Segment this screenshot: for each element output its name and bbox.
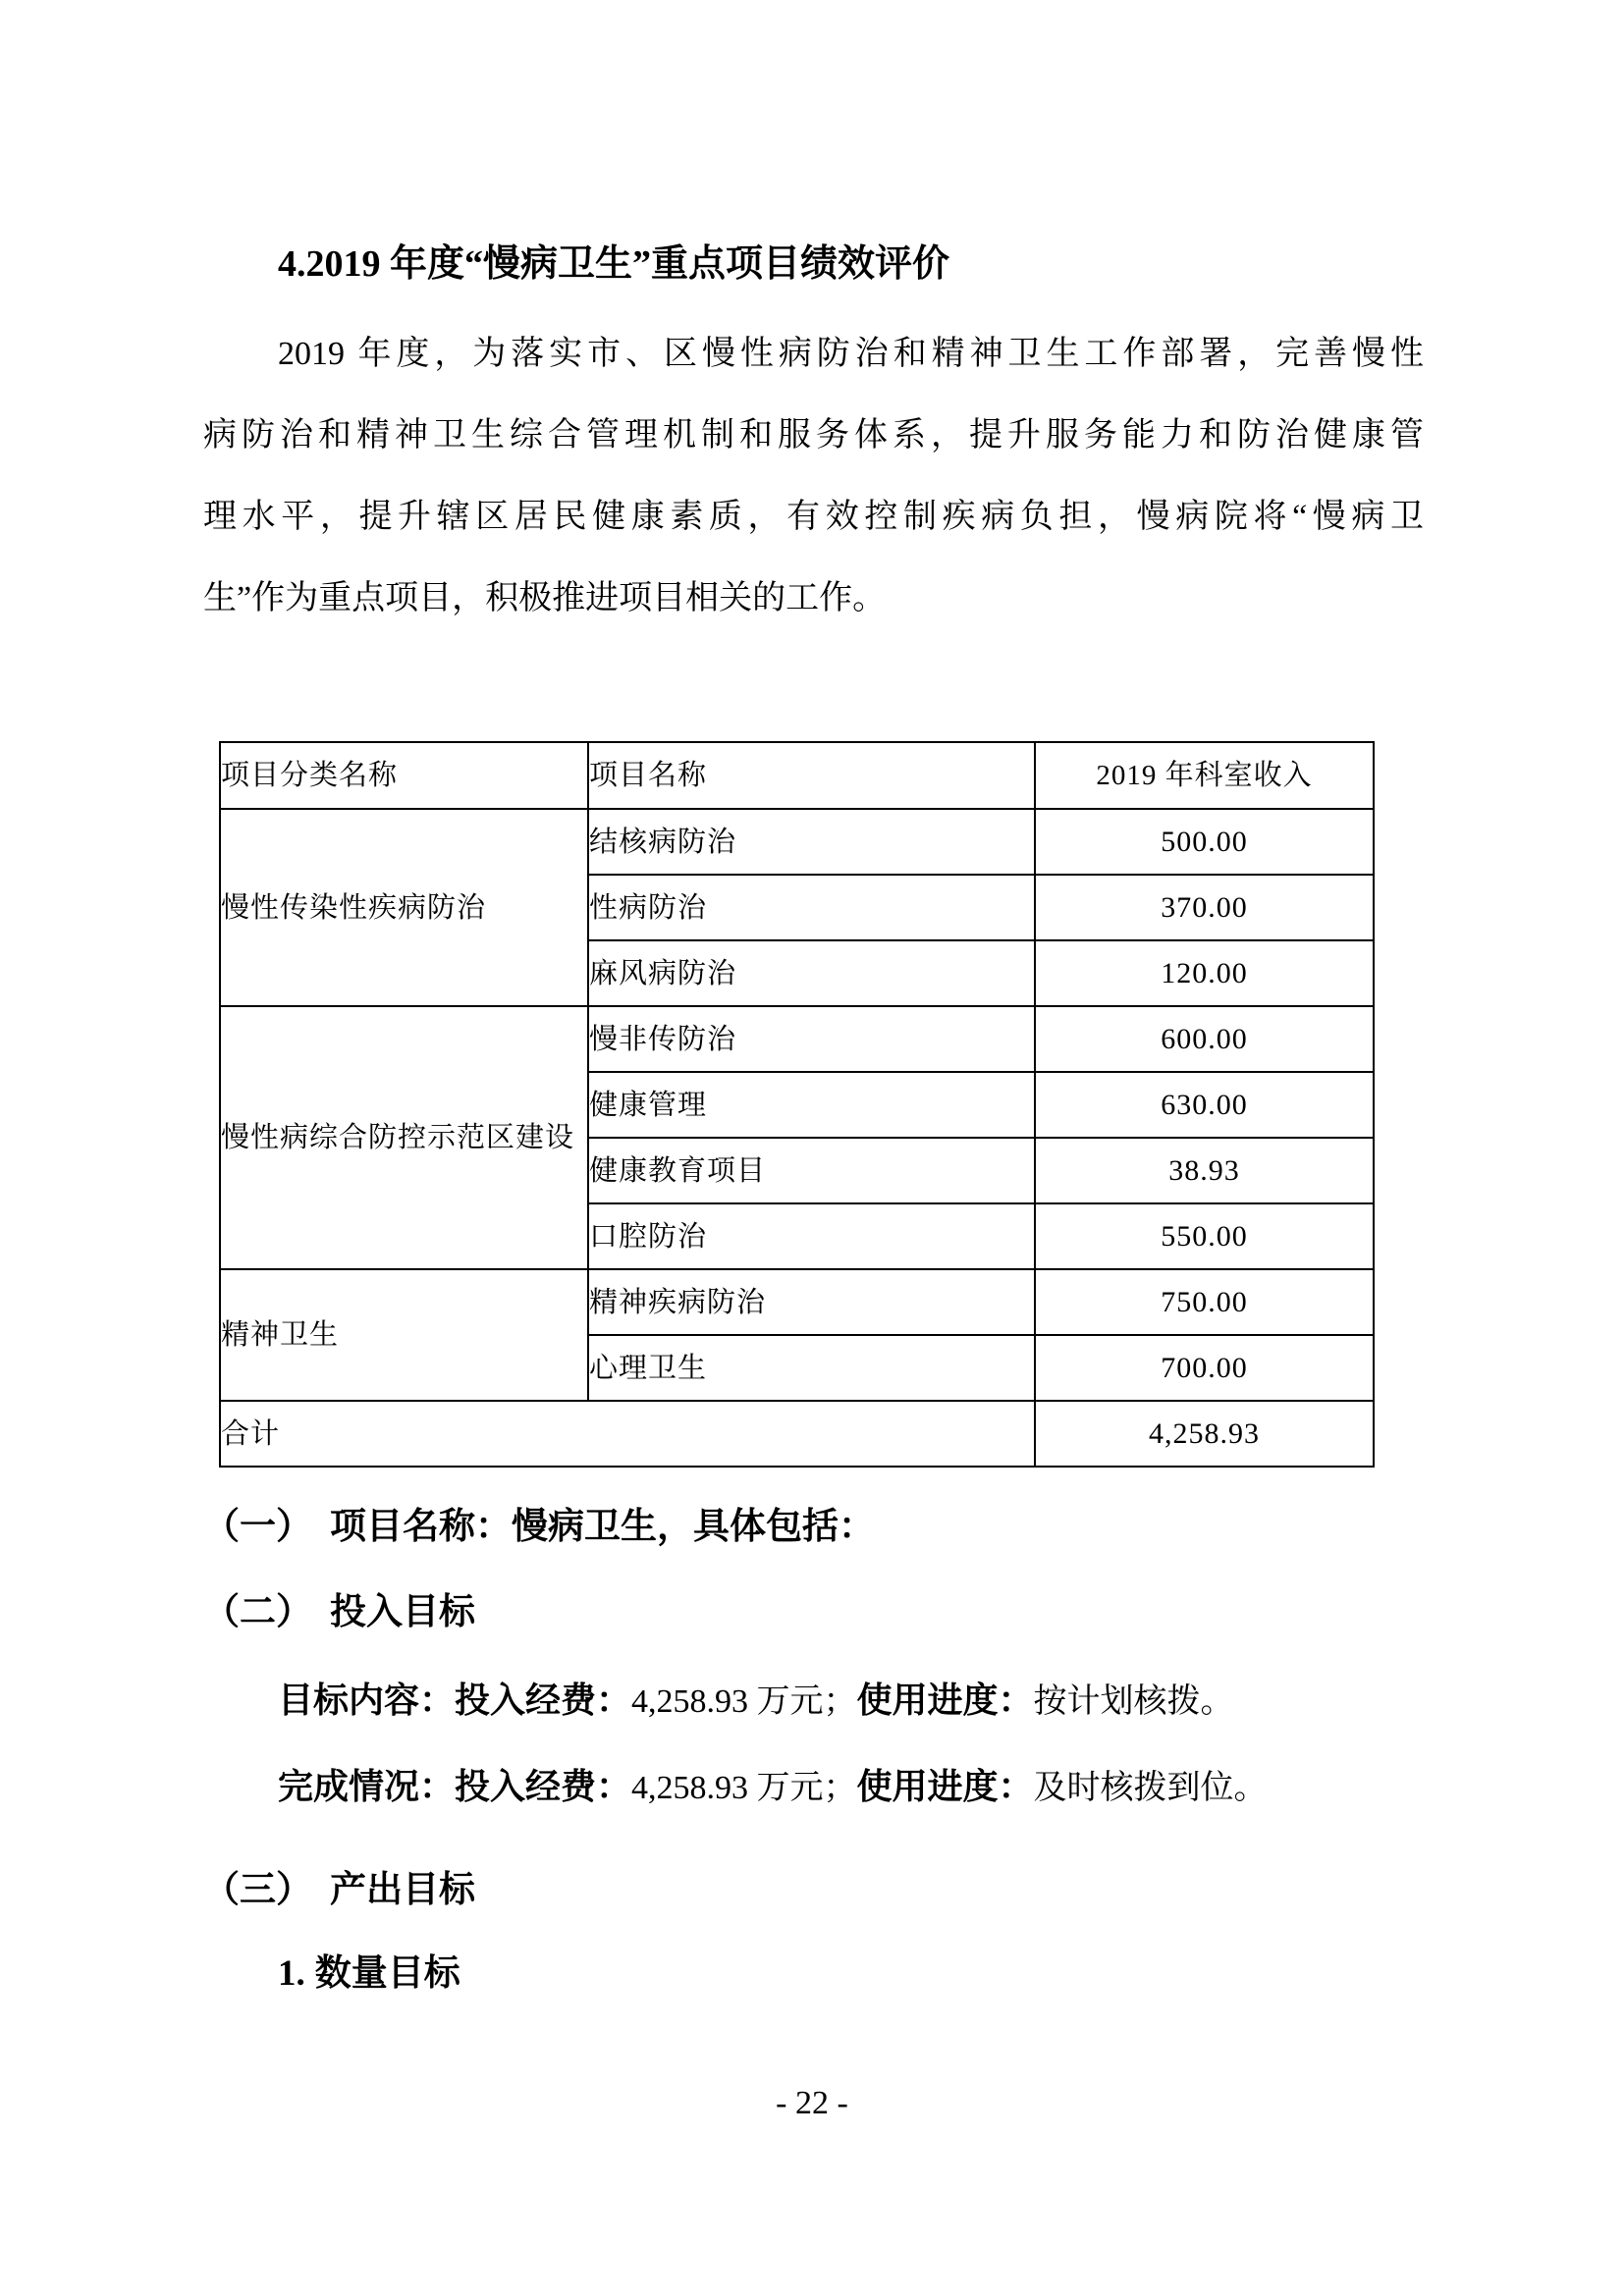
category-cell: 慢性病综合防控示范区建设 [220, 1006, 588, 1269]
section-title: 项目名称：慢病卫生，具体包括： [330, 1507, 875, 1547]
col-header-project: 项目名称 [588, 742, 1035, 809]
section-number: （三） [203, 1870, 312, 1910]
section-number: （一） [203, 1507, 312, 1547]
value-cell: 370.00 [1035, 875, 1374, 940]
fund-value: 4,258.93 万元； [631, 1683, 857, 1720]
section-title: 投入目标 [330, 1592, 475, 1632]
col-header-revenue: 2019 年科室收入 [1035, 742, 1374, 809]
section-heading-1: （一）项目名称：慢病卫生，具体包括： [203, 1506, 875, 1549]
project-cell: 精神疾病防治 [588, 1269, 1035, 1335]
revenue-table: 项目分类名称 项目名称 2019 年科室收入 慢性传染性疾病防治 结核病防治 5… [219, 741, 1375, 1468]
usage-label: 使用进度： [857, 1767, 1034, 1806]
category-cell: 精神卫生 [220, 1269, 588, 1401]
col-header-category: 项目分类名称 [220, 742, 588, 809]
value-cell: 630.00 [1035, 1072, 1374, 1138]
table-total-row: 合计 4,258.93 [220, 1401, 1374, 1467]
document-page: 4.2019 年度“慢病卫生”重点项目绩效评价 2019 年度，为落实市、区慢性… [0, 0, 1624, 2296]
value-cell: 700.00 [1035, 1335, 1374, 1401]
paragraph-line: 理水平，提升辖区居民健康素质，有效控制疾病负担，慢病院将“慢病卫 [203, 476, 1424, 558]
usage-value: 及时核拨到位。 [1034, 1770, 1268, 1806]
project-cell: 心理卫生 [588, 1335, 1035, 1401]
goal-label: 目标内容： [278, 1681, 455, 1720]
completion-goal-line: 完成情况：投入经费：4,258.93 万元；使用进度：及时核拨到位。 [278, 1766, 1268, 1809]
subsection-heading-quantity: 1.数量目标 [278, 1952, 460, 1996]
value-cell: 120.00 [1035, 940, 1374, 1006]
total-label-cell: 合计 [220, 1401, 1035, 1467]
section-heading-3: （三）产出目标 [203, 1869, 475, 1912]
table-row: 慢性传染性疾病防治 结核病防治 500.00 [220, 809, 1374, 875]
project-cell: 健康管理 [588, 1072, 1035, 1138]
page-title: 4.2019 年度“慢病卫生”重点项目绩效评价 [278, 241, 949, 287]
fund-label: 投入经费： [455, 1681, 631, 1720]
subsection-title: 数量目标 [315, 1953, 460, 1994]
table-header-row: 项目分类名称 项目名称 2019 年科室收入 [220, 742, 1374, 809]
value-cell: 750.00 [1035, 1269, 1374, 1335]
value-cell: 38.93 [1035, 1138, 1374, 1203]
section-number: （二） [203, 1592, 312, 1632]
fund-label: 投入经费： [455, 1767, 631, 1806]
section-heading-2: （二）投入目标 [203, 1591, 475, 1634]
page-number: - 22 - [0, 2083, 1624, 2124]
usage-value: 按计划核拨。 [1034, 1683, 1234, 1720]
project-cell: 健康教育项目 [588, 1138, 1035, 1203]
project-cell: 麻风病防治 [588, 940, 1035, 1006]
table-row: 精神卫生 精神疾病防治 750.00 [220, 1269, 1374, 1335]
paragraph-line: 2019 年度，为落实市、区慢性病防治和精神卫生工作部署，完善慢性 [203, 313, 1424, 395]
project-cell: 结核病防治 [588, 809, 1035, 875]
section-title: 产出目标 [330, 1870, 475, 1910]
project-cell: 口腔防治 [588, 1203, 1035, 1269]
goal-label: 完成情况： [278, 1767, 455, 1806]
category-cell: 慢性传染性疾病防治 [220, 809, 588, 1006]
usage-label: 使用进度： [857, 1681, 1034, 1720]
value-cell: 500.00 [1035, 809, 1374, 875]
value-cell: 550.00 [1035, 1203, 1374, 1269]
fund-value: 4,258.93 万元； [631, 1770, 857, 1806]
project-cell: 慢非传防治 [588, 1006, 1035, 1072]
paragraph-line: 病防治和精神卫生综合管理机制和服务体系，提升服务能力和防治健康管 [203, 395, 1424, 476]
target-goal-line: 目标内容：投入经费：4,258.93 万元；使用进度：按计划核拨。 [278, 1680, 1234, 1723]
total-value-cell: 4,258.93 [1035, 1401, 1374, 1467]
project-cell: 性病防治 [588, 875, 1035, 940]
table-row: 慢性病综合防控示范区建设 慢非传防治 600.00 [220, 1006, 1374, 1072]
value-cell: 600.00 [1035, 1006, 1374, 1072]
subsection-number: 1. [278, 1953, 305, 1994]
paragraph-line: 生”作为重点项目，积极推进项目相关的工作。 [203, 558, 1424, 639]
intro-paragraph: 2019 年度，为落实市、区慢性病防治和精神卫生工作部署，完善慢性 病防治和精神… [203, 313, 1424, 639]
